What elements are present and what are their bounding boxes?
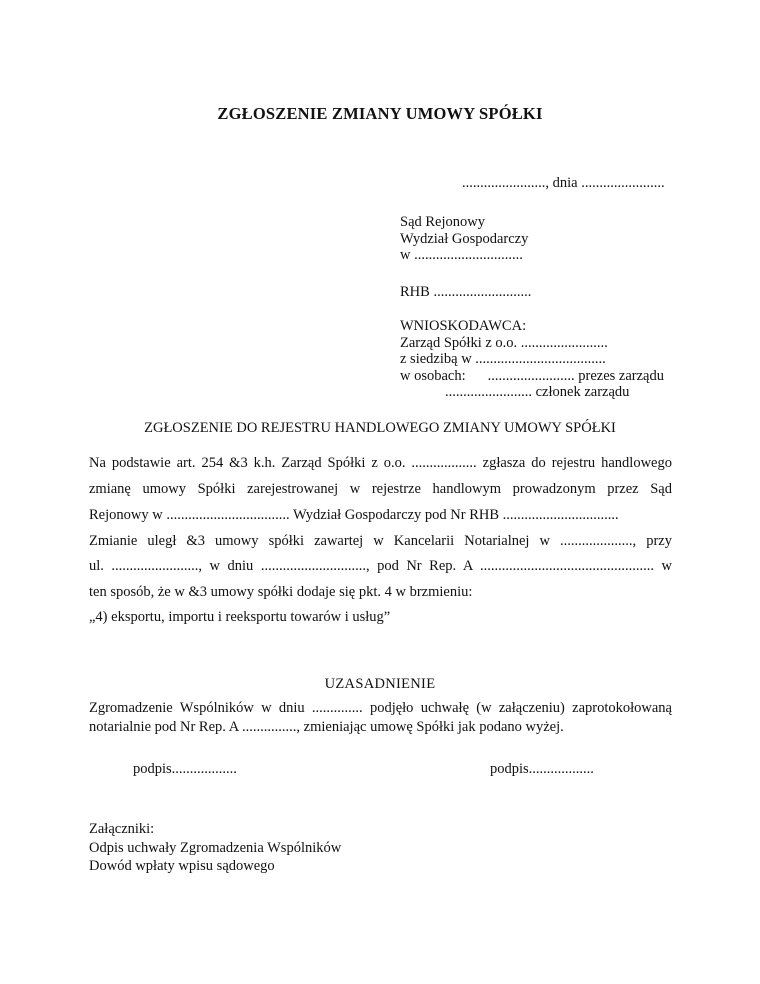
attachment-item: Dowód wpłaty wpisu sądowego xyxy=(89,857,341,876)
document-title: ZGŁOSZENIE ZMIANY UMOWY SPÓŁKI xyxy=(0,104,760,124)
body-line-3: Rejonowy w .............................… xyxy=(89,507,672,524)
body-line-2: zmianę umowy Spółki zarejestrowanej w re… xyxy=(89,481,672,498)
board-member-line: ........................ członek zarządu xyxy=(400,384,664,401)
body-line-1: Na podstawie art. 254 &3 k.h. Zarząd Spó… xyxy=(89,455,672,472)
body-line-6: ten sposób, że w &3 umowy spółki dodaje … xyxy=(89,584,672,601)
body-line-7-quote: „4) eksportu, importu i reeksportu towar… xyxy=(89,609,672,626)
attachments-block: Załączniki: Odpis uchwały Zgromadzenia W… xyxy=(89,820,341,876)
persons-label: w osobach: xyxy=(400,368,466,384)
body-line-5: ul. ........................, w dniu ...… xyxy=(89,558,672,575)
section-subheading: ZGŁOSZENIE DO REJESTRU HANDLOWEGO ZMIANY… xyxy=(0,420,760,437)
applicant-persons: w osobach:........................ preze… xyxy=(400,368,664,385)
applicant-label: WNIOSKODAWCA: xyxy=(400,318,664,335)
place-date-line: ......................., dnia ..........… xyxy=(462,175,665,192)
attachments-label: Załączniki: xyxy=(89,820,341,839)
justification-line-2: notarialnie pod Nr Rep. A ..............… xyxy=(89,718,672,737)
rhb-number: RHB ........................... xyxy=(400,284,531,301)
justification-heading: UZASADNIENIE xyxy=(0,676,760,693)
body-line-4: Zmianie uległ &3 umowy spółki zawartej w… xyxy=(89,533,672,550)
court-city: w .............................. xyxy=(400,247,528,264)
signature-left: podpis.................. xyxy=(133,761,237,778)
applicant-seat: z siedzibą w ...........................… xyxy=(400,351,664,368)
justification-line-1: Zgromadzenie Wspólników w dniu .........… xyxy=(89,699,672,718)
attachment-item: Odpis uchwały Zgromadzenia Wspólników xyxy=(89,839,341,858)
president-line: ........................ prezes zarządu xyxy=(488,368,664,384)
signature-right: podpis.................. xyxy=(490,761,594,778)
court-name: Sąd Rejonowy xyxy=(400,214,528,231)
court-address: Sąd Rejonowy Wydział Gospodarczy w .....… xyxy=(400,214,528,264)
applicant-block: WNIOSKODAWCA: Zarząd Spółki z o.o. .....… xyxy=(400,318,664,401)
document-page: ZGŁOSZENIE ZMIANY UMOWY SPÓŁKI .........… xyxy=(0,0,760,984)
applicant-company: Zarząd Spółki z o.o. ...................… xyxy=(400,335,664,352)
court-division: Wydział Gospodarczy xyxy=(400,231,528,248)
